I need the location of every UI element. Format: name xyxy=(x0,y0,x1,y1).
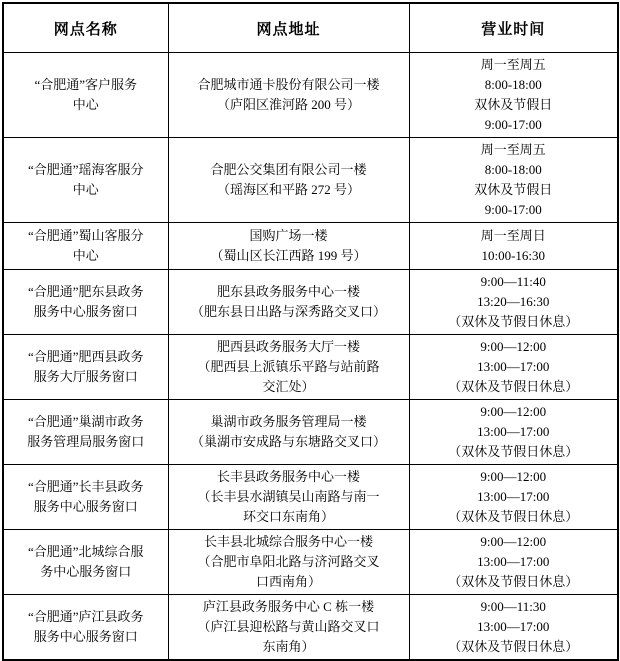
text-line: 服务大厅服务窗口 xyxy=(7,367,165,387)
text-line: “合肥通”肥西县政务 xyxy=(7,347,165,367)
text-line: 长丰县北城综合服务中心一楼 xyxy=(172,532,406,552)
branch-name-cell: “合肥通”巢湖市政务服务管理局服务窗口 xyxy=(3,400,168,465)
table-row: “合肥通”长丰县政务服务中心服务窗口长丰县政务服务中心一楼（长丰县水湖镇吴山南路… xyxy=(3,465,618,530)
business-hours-cell: 9:00—11:3013:00—17:00（双休及节假日休息） xyxy=(409,595,618,661)
text-line: 肥西县政务服务大厅一楼 xyxy=(172,337,406,357)
text-line: 中心 xyxy=(7,95,165,115)
text-line: “合肥通”巢湖市政务 xyxy=(7,412,165,432)
branch-address-cell: 国购广场一楼（蜀山区长江西路 199 号） xyxy=(168,223,409,270)
text-line: （合肥市阜阳北路与济河路交叉 xyxy=(172,552,406,572)
text-line: （双休及节假日休息） xyxy=(413,377,615,397)
text-line: 8:00-18:00 xyxy=(413,75,615,95)
branch-name-cell: “合肥通”客户服务中心 xyxy=(3,53,168,138)
table-row: “合肥通”肥东县政务服务中心服务窗口肥东县政务服务中心一楼（肥东县日出路与深秀路… xyxy=(3,270,618,335)
text-line: 肥东县政务服务中心一楼 xyxy=(172,282,406,302)
business-hours-cell: 9:00—11:4013:20—16:30（双休及节假日休息） xyxy=(409,270,618,335)
text-line: 周一至周日 xyxy=(413,226,615,246)
column-header-branch-address: 网点地址 xyxy=(168,3,409,53)
text-line: “合肥通”北城综合服 xyxy=(7,542,165,562)
text-line: 13:00—17:00 xyxy=(413,487,615,507)
text-line: 13:20—16:30 xyxy=(413,292,615,312)
business-hours-cell: 周一至周五8:00-18:00双休及节假日9:00-17:00 xyxy=(409,53,618,138)
branch-address-cell: 肥西县政务服务大厅一楼（肥西县上派镇乐平路与站前路交汇处） xyxy=(168,335,409,400)
text-line: 服务管理局服务窗口 xyxy=(7,432,165,452)
text-line: 合肥城市通卡股份有限公司一楼 xyxy=(172,75,406,95)
text-line: “合肥通”肥东县政务 xyxy=(7,282,165,302)
text-line: （双休及节假日休息） xyxy=(413,312,615,332)
table-row: “合肥通”巢湖市政务服务管理局服务窗口巢湖市政务服务管理局一楼（巢湖市安成路与东… xyxy=(3,400,618,465)
branch-name-cell: “合肥通”肥西县政务服务大厅服务窗口 xyxy=(3,335,168,400)
text-line: “合肥通”蜀山客服分 xyxy=(7,226,165,246)
column-header-business-hours: 营业时间 xyxy=(409,3,618,53)
text-line: 9:00—12:00 xyxy=(413,337,615,357)
text-line: “合肥通”客户服务 xyxy=(7,75,165,95)
text-line: 东南角） xyxy=(172,637,406,657)
text-line: 13:00—17:00 xyxy=(413,617,615,637)
text-line: 13:00—17:00 xyxy=(413,552,615,572)
text-line: 9:00—12:00 xyxy=(413,467,615,487)
text-line: 巢湖市政务服务管理局一楼 xyxy=(172,412,406,432)
branch-name-cell: “合肥通”蜀山客服分中心 xyxy=(3,223,168,270)
text-line: 长丰县政务服务中心一楼 xyxy=(172,467,406,487)
text-line: 9:00-17:00 xyxy=(413,115,615,135)
text-line: 10:00-16:30 xyxy=(413,246,615,266)
text-line: 中心 xyxy=(7,246,165,266)
text-line: “合肥通”长丰县政务 xyxy=(7,477,165,497)
text-line: 9:00—11:30 xyxy=(413,597,615,617)
text-line: 9:00—12:00 xyxy=(413,402,615,422)
text-line: 交汇处） xyxy=(172,377,406,397)
text-line: 13:00—17:00 xyxy=(413,357,615,377)
branch-name-cell: “合肥通”庐江县政务服务中心服务窗口 xyxy=(3,595,168,661)
text-line: 国购广场一楼 xyxy=(172,226,406,246)
text-line: 服务中心服务窗口 xyxy=(7,497,165,517)
text-line: （肥西县上派镇乐平路与站前路 xyxy=(172,357,406,377)
business-hours-cell: 周一至周五8:00-18:00双休及节假日9:00-17:00 xyxy=(409,138,618,223)
column-header-branch-name: 网点名称 xyxy=(3,3,168,53)
table-header: 网点名称 网点地址 营业时间 xyxy=(3,3,618,53)
business-hours-cell: 周一至周日10:00-16:30 xyxy=(409,223,618,270)
table-row: “合肥通”北城综合服务中心服务窗口长丰县北城综合服务中心一楼（合肥市阜阳北路与济… xyxy=(3,530,618,595)
branch-address-cell: 长丰县北城综合服务中心一楼（合肥市阜阳北路与济河路交叉口西南角） xyxy=(168,530,409,595)
text-line: 口西南角） xyxy=(172,572,406,592)
branch-address-cell: 肥东县政务服务中心一楼（肥东县日出路与深秀路交叉口） xyxy=(168,270,409,335)
service-branch-table: 网点名称 网点地址 营业时间 “合肥通”客户服务中心合肥城市通卡股份有限公司一楼… xyxy=(2,2,619,661)
text-line: （庐江县迎松路与黄山路交叉口 xyxy=(172,617,406,637)
business-hours-cell: 9:00—12:0013:00—17:00（双休及节假日休息） xyxy=(409,530,618,595)
text-line: 9:00—12:00 xyxy=(413,532,615,552)
text-line: （蜀山区长江西路 199 号） xyxy=(172,246,406,266)
branch-name-cell: “合肥通”瑶海客服分中心 xyxy=(3,138,168,223)
branch-name-cell: “合肥通”肥东县政务服务中心服务窗口 xyxy=(3,270,168,335)
text-line: 周一至周五 xyxy=(413,140,615,160)
branch-name-cell: “合肥通”北城综合服务中心服务窗口 xyxy=(3,530,168,595)
branch-address-cell: 长丰县政务服务中心一楼（长丰县水湖镇吴山南路与南一环交口东南角） xyxy=(168,465,409,530)
branch-address-cell: 巢湖市政务服务管理局一楼（巢湖市安成路与东塘路交叉口） xyxy=(168,400,409,465)
text-line: 8:00-18:00 xyxy=(413,160,615,180)
text-line: 庐江县政务服务中心 C 栋一楼 xyxy=(172,597,406,617)
table-row: “合肥通”客户服务中心合肥城市通卡股份有限公司一楼（庐阳区淮河路 200 号）周… xyxy=(3,53,618,138)
text-line: 服务中心服务窗口 xyxy=(7,627,165,647)
text-line: 务中心服务窗口 xyxy=(7,562,165,582)
text-line: 环交口东南角） xyxy=(172,507,406,527)
text-line: 周一至周五 xyxy=(413,55,615,75)
text-line: 服务中心服务窗口 xyxy=(7,302,165,322)
header-row: 网点名称 网点地址 营业时间 xyxy=(3,3,618,53)
text-line: 9:00-17:00 xyxy=(413,200,615,220)
branch-address-cell: 合肥城市通卡股份有限公司一楼（庐阳区淮河路 200 号） xyxy=(168,53,409,138)
branch-name-cell: “合肥通”长丰县政务服务中心服务窗口 xyxy=(3,465,168,530)
business-hours-cell: 9:00—12:0013:00—17:00（双休及节假日休息） xyxy=(409,400,618,465)
text-line: 9:00—11:40 xyxy=(413,272,615,292)
text-line: （双休及节假日休息） xyxy=(413,572,615,592)
text-line: （庐阳区淮河路 200 号） xyxy=(172,95,406,115)
text-line: （肥东县日出路与深秀路交叉口） xyxy=(172,302,406,322)
text-line: 合肥公交集团有限公司一楼 xyxy=(172,160,406,180)
table-row: “合肥通”肥西县政务服务大厅服务窗口肥西县政务服务大厅一楼（肥西县上派镇乐平路与… xyxy=(3,335,618,400)
text-line: 13:00—17:00 xyxy=(413,422,615,442)
text-line: 中心 xyxy=(7,180,165,200)
text-line: （巢湖市安成路与东塘路交叉口） xyxy=(172,432,406,452)
business-hours-cell: 9:00—12:0013:00—17:00（双休及节假日休息） xyxy=(409,465,618,530)
branch-address-cell: 庐江县政务服务中心 C 栋一楼（庐江县迎松路与黄山路交叉口东南角） xyxy=(168,595,409,661)
text-line: （双休及节假日休息） xyxy=(413,442,615,462)
branch-address-cell: 合肥公交集团有限公司一楼（瑶海区和平路 272 号） xyxy=(168,138,409,223)
business-hours-cell: 9:00—12:0013:00—17:00（双休及节假日休息） xyxy=(409,335,618,400)
text-line: 双休及节假日 xyxy=(413,180,615,200)
text-line: （长丰县水湖镇吴山南路与南一 xyxy=(172,487,406,507)
table-row: “合肥通”庐江县政务服务中心服务窗口庐江县政务服务中心 C 栋一楼（庐江县迎松路… xyxy=(3,595,618,661)
text-line: （双休及节假日休息） xyxy=(413,637,615,657)
table-row: “合肥通”瑶海客服分中心合肥公交集团有限公司一楼（瑶海区和平路 272 号）周一… xyxy=(3,138,618,223)
text-line: （双休及节假日休息） xyxy=(413,507,615,527)
text-line: “合肥通”庐江县政务 xyxy=(7,607,165,627)
text-line: 双休及节假日 xyxy=(413,95,615,115)
text-line: （瑶海区和平路 272 号） xyxy=(172,180,406,200)
table-body: “合肥通”客户服务中心合肥城市通卡股份有限公司一楼（庐阳区淮河路 200 号）周… xyxy=(3,53,618,661)
text-line: “合肥通”瑶海客服分 xyxy=(7,160,165,180)
table-row: “合肥通”蜀山客服分中心国购广场一楼（蜀山区长江西路 199 号）周一至周日10… xyxy=(3,223,618,270)
